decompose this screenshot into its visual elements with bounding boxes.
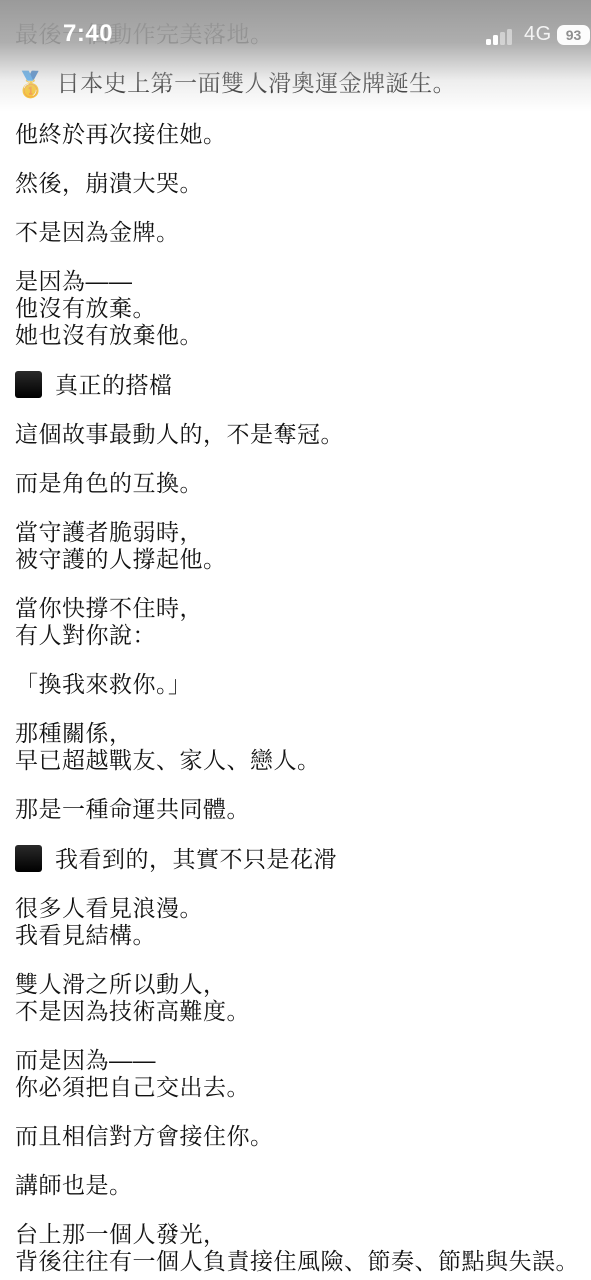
paragraph: 不是因為金牌。 bbox=[15, 219, 576, 246]
text-line: 而且相信對方會接住你。 bbox=[15, 1123, 576, 1150]
text-line: 當守護者脆弱時， bbox=[15, 519, 576, 546]
text-line: 被守護的人撐起他。 bbox=[15, 546, 576, 573]
paragraph: 那是一種命運共同體。 bbox=[15, 796, 576, 823]
text-line: 我看見結構。 bbox=[15, 922, 576, 949]
text-line: 講師也是。 bbox=[15, 1172, 576, 1199]
text-line: 我看到的，其實不只是花滑 bbox=[15, 845, 576, 873]
paragraph: 他終於再次接住她。 bbox=[15, 121, 576, 148]
text-line: 當你快撐不住時， bbox=[15, 595, 576, 622]
battery-percent: 93 bbox=[566, 27, 582, 43]
section-heading: 我看到的，其實不只是花滑 bbox=[15, 845, 576, 873]
content: 最後一個動作完美落地。🥇日本史上第一面雙人滑奧運金牌誕生。他終於再次接住她。然後… bbox=[0, 0, 591, 1275]
black-square-icon bbox=[15, 845, 42, 872]
text-line: 她也沒有放棄他。 bbox=[15, 322, 576, 349]
paragraph: 講師也是。 bbox=[15, 1172, 576, 1199]
text-line: 「換我來救你。」 bbox=[15, 671, 576, 698]
text-line: 台上那一個人發光， bbox=[15, 1221, 576, 1248]
paragraph: 而是角色的互換。 bbox=[15, 470, 576, 497]
text-line: 🥇日本史上第一面雙人滑奧運金牌誕生。 bbox=[15, 70, 576, 99]
black-square-icon bbox=[15, 371, 42, 398]
network-type-label: 4G bbox=[524, 23, 552, 46]
gold-medal-icon: 🥇 bbox=[15, 71, 47, 99]
paragraph: 「換我來救你。」 bbox=[15, 671, 576, 698]
text-line: 那種關係， bbox=[15, 720, 576, 747]
text-line: 你必須把自己交出去。 bbox=[15, 1074, 576, 1101]
text-line: 早已超越戰友、家人、戀人。 bbox=[15, 747, 576, 774]
paragraph: 而是因為——你必須把自己交出去。 bbox=[15, 1047, 576, 1101]
text-line: 而是因為—— bbox=[15, 1047, 576, 1074]
text-line: 有人對你說： bbox=[15, 622, 576, 649]
text-line: 不是因為技術高難度。 bbox=[15, 998, 576, 1025]
text-line: 真正的搭檔 bbox=[15, 371, 576, 399]
text-line: 是因為—— bbox=[15, 268, 576, 295]
text-line: 他終於再次接住她。 bbox=[15, 121, 576, 148]
paragraph: 很多人看見浪漫。我看見結構。 bbox=[15, 895, 576, 949]
section-heading: 真正的搭檔 bbox=[15, 371, 576, 399]
signal-strength-icon bbox=[486, 29, 512, 45]
text-line: 背後往往有一個人負責接住風險、節奏、節點與失誤。 bbox=[15, 1248, 576, 1275]
paragraph: 那種關係，早已超越戰友、家人、戀人。 bbox=[15, 720, 576, 774]
paragraph: 當守護者脆弱時，被守護的人撐起他。 bbox=[15, 519, 576, 573]
paragraph: 而且相信對方會接住你。 bbox=[15, 1123, 576, 1150]
paragraph: 是因為——他沒有放棄。她也沒有放棄他。 bbox=[15, 268, 576, 349]
text-line: 很多人看見浪漫。 bbox=[15, 895, 576, 922]
text-line: 然後，崩潰大哭。 bbox=[15, 170, 576, 197]
text-line: 這個故事最動人的，不是奪冠。 bbox=[15, 421, 576, 448]
text-line: 而是角色的互換。 bbox=[15, 470, 576, 497]
status-time: 7:40 bbox=[63, 20, 113, 48]
paragraph: 然後，崩潰大哭。 bbox=[15, 170, 576, 197]
text-line: 不是因為金牌。 bbox=[15, 219, 576, 246]
text-line: 那是一種命運共同體。 bbox=[15, 796, 576, 823]
paragraph: 這個故事最動人的，不是奪冠。 bbox=[15, 421, 576, 448]
paragraph: 🥇日本史上第一面雙人滑奧運金牌誕生。 bbox=[15, 70, 576, 99]
paragraph: 雙人滑之所以動人，不是因為技術高難度。 bbox=[15, 971, 576, 1025]
battery-icon: 93 bbox=[557, 25, 590, 45]
paragraph: 當你快撐不住時，有人對你說： bbox=[15, 595, 576, 649]
paragraph: 台上那一個人發光，背後往往有一個人負責接住風險、節奏、節點與失誤。 bbox=[15, 1221, 576, 1275]
text-line: 雙人滑之所以動人， bbox=[15, 971, 576, 998]
status-bar: 7:40 4G 93 bbox=[0, 0, 591, 56]
text-line: 他沒有放棄。 bbox=[15, 295, 576, 322]
